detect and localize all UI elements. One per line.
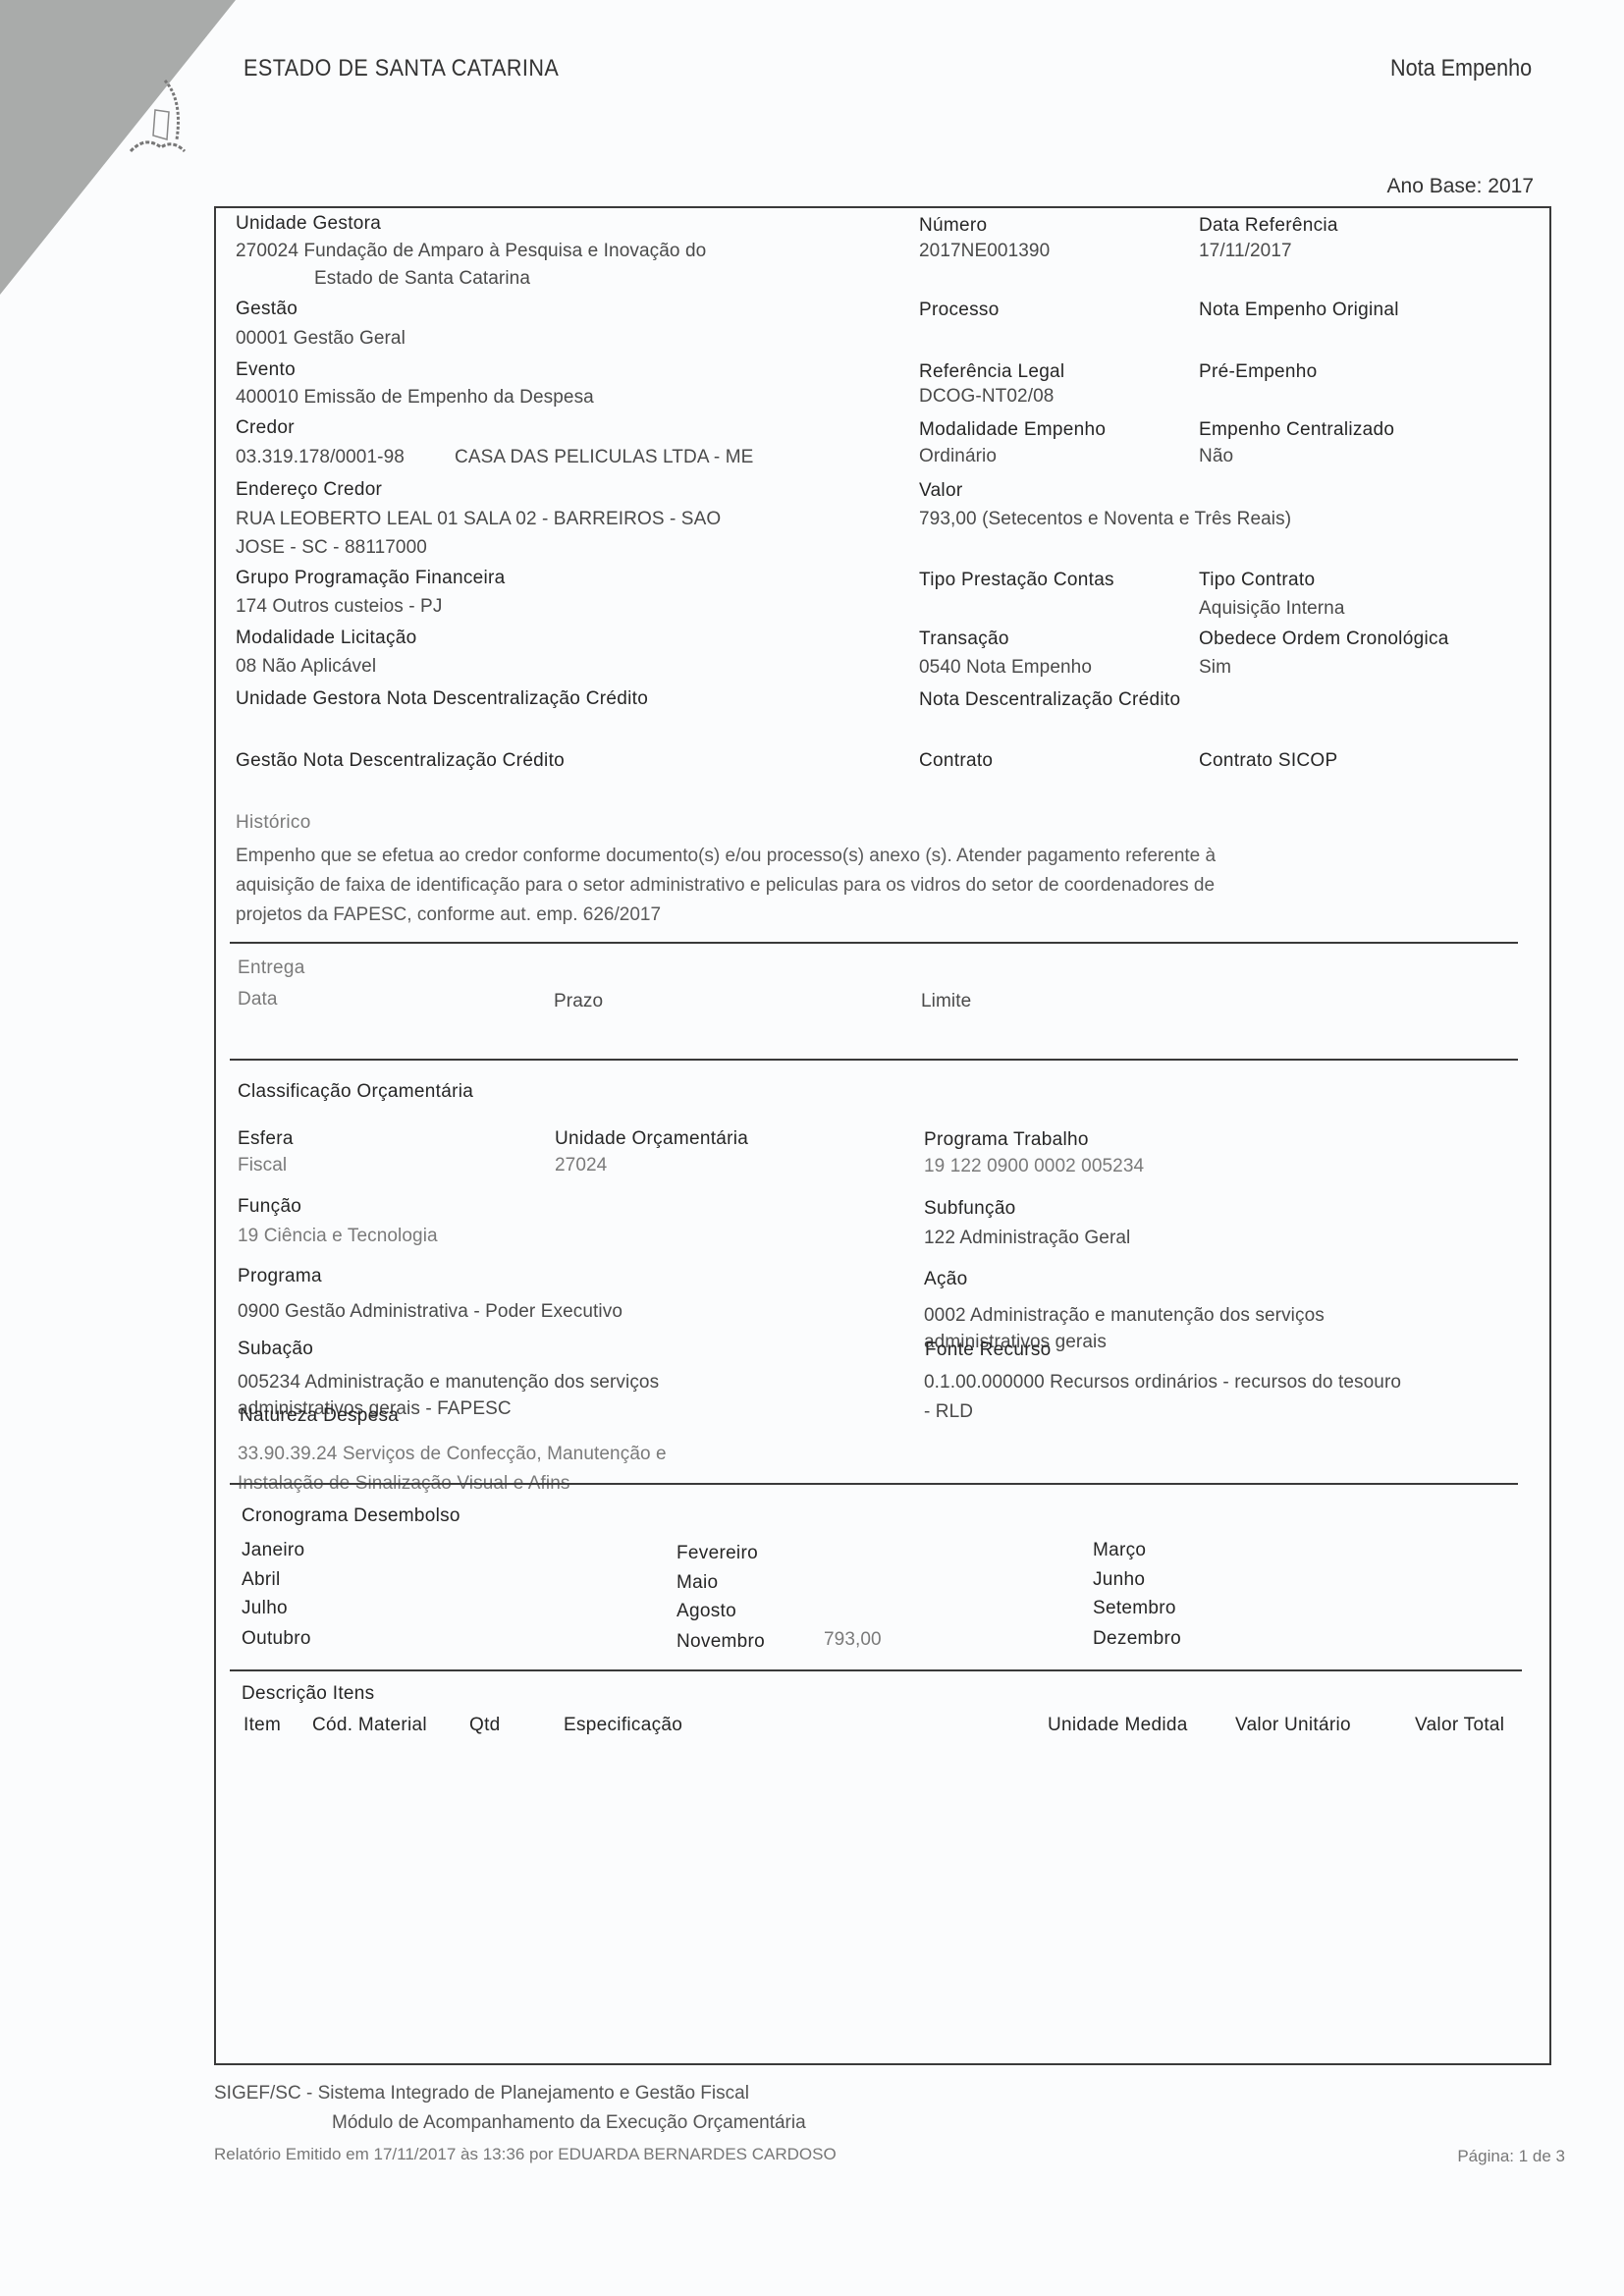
classificacao-title: Classificação Orçamentária xyxy=(238,1081,473,1103)
natureza-despesa-label: Natureza Despesa xyxy=(240,1405,399,1427)
itens-column-header: Item xyxy=(244,1715,281,1736)
historico-label: Histórico xyxy=(236,812,311,834)
state-title: ESTADO DE SANTA CATARINA xyxy=(244,55,559,82)
valor-label: Valor xyxy=(919,480,962,502)
itens-column-header: Valor Unitário xyxy=(1235,1715,1351,1736)
fonte-recurso-value: 0.1.00.000000 Recursos ordinários - recu… xyxy=(924,1372,1401,1394)
divider xyxy=(230,1059,1518,1061)
modalidade-licitacao-value: 08 Não Aplicável xyxy=(236,656,376,678)
cronograma-month-label: Outubro xyxy=(242,1628,311,1650)
referencia-legal-value: DCOG-NT02/08 xyxy=(919,386,1054,408)
cronograma-month-label: Setembro xyxy=(1093,1598,1176,1619)
endereco-credor-value-cont: JOSE - SC - 88117000 xyxy=(236,537,427,559)
credor-label: Credor xyxy=(236,417,295,439)
itens-column-header: Qtd xyxy=(469,1715,501,1736)
itens-column-header: Especificação xyxy=(564,1715,682,1736)
divider xyxy=(230,942,1518,944)
grupo-programacao-value: 174 Outros custeios - PJ xyxy=(236,596,442,618)
empenho-centralizado-value: Não xyxy=(1199,446,1233,467)
transacao-label: Transação xyxy=(919,629,1009,650)
gestao-nota-descentralizacao-label: Gestão Nota Descentralização Crédito xyxy=(236,750,565,772)
cronograma-month-label: Julho xyxy=(242,1598,288,1619)
esfera-value: Fiscal xyxy=(238,1155,287,1176)
data-referencia-label: Data Referência xyxy=(1199,215,1338,237)
unidade-orcamentaria-label: Unidade Orçamentária xyxy=(555,1128,748,1150)
contrato-sicop-label: Contrato SICOP xyxy=(1199,750,1337,772)
document-frame xyxy=(214,206,1551,2065)
gestao-label: Gestão xyxy=(236,299,298,320)
grupo-programacao-label: Grupo Programação Financeira xyxy=(236,568,506,589)
page-fold-shadow xyxy=(0,0,236,295)
ordem-cronologica-value: Sim xyxy=(1199,657,1231,679)
programa-value: 0900 Gestão Administrativa - Poder Execu… xyxy=(238,1301,623,1323)
coat-of-arms-icon xyxy=(126,71,194,159)
credor-name: CASA DAS PELICULAS LTDA - ME xyxy=(455,447,753,468)
endereco-credor-label: Endereço Credor xyxy=(236,479,382,501)
nota-empenho-original-label: Nota Empenho Original xyxy=(1199,300,1399,321)
historico-text-line: projetos da FAPESC, conforme aut. emp. 6… xyxy=(236,904,661,926)
ug-nota-descentralizacao-label: Unidade Gestora Nota Descentralização Cr… xyxy=(236,688,648,710)
programa-trabalho-value: 19 122 0900 0002 005234 xyxy=(924,1156,1144,1177)
cronograma-month-label: Maio xyxy=(677,1572,718,1594)
modalidade-licitacao-label: Modalidade Licitação xyxy=(236,628,417,649)
programa-label: Programa xyxy=(238,1266,322,1287)
contrato-label: Contrato xyxy=(919,750,993,772)
cronograma-month-label: Abril xyxy=(242,1569,281,1591)
credor-cnpj: 03.319.178/0001-98 xyxy=(236,447,405,468)
itens-column-header: Unidade Medida xyxy=(1048,1715,1188,1736)
nota-descentralizacao-label: Nota Descentralização Crédito xyxy=(919,689,1180,711)
unidade-orcamentaria-value: 27024 xyxy=(555,1155,607,1176)
acao-value: 0002 Administração e manutenção dos serv… xyxy=(924,1305,1325,1327)
esfera-label: Esfera xyxy=(238,1128,294,1150)
funcao-label: Função xyxy=(238,1196,301,1218)
footer-emitted: Relatório Emitido em 17/11/2017 às 13:36… xyxy=(214,2145,837,2164)
cronograma-month-label: Dezembro xyxy=(1093,1628,1181,1650)
tipo-contrato-value: Aquisição Interna xyxy=(1199,598,1345,620)
cronograma-month-label: Junho xyxy=(1093,1569,1145,1591)
cronograma-month-label: Janeiro xyxy=(242,1540,304,1561)
tipo-prestacao-contas-label: Tipo Prestação Contas xyxy=(919,570,1114,591)
historico-text-line: aquisição de faixa de identificação para… xyxy=(236,875,1215,897)
document-type: Nota Empenho xyxy=(1390,55,1532,82)
unidade-gestora-value-cont: Estado de Santa Catarina xyxy=(314,268,530,290)
data-referencia-value: 17/11/2017 xyxy=(1199,241,1292,262)
entrega-limite-label: Limite xyxy=(921,991,971,1012)
fonte-recurso-label: Fonte Recurso xyxy=(925,1339,1052,1361)
divider xyxy=(230,1483,1518,1485)
cronograma-month-label: Março xyxy=(1093,1540,1146,1561)
cronograma-month-label: Agosto xyxy=(677,1601,736,1622)
cronograma-month-label: Fevereiro xyxy=(677,1543,758,1564)
subacao-value: 005234 Administração e manutenção dos se… xyxy=(238,1372,659,1394)
empenho-centralizado-label: Empenho Centralizado xyxy=(1199,419,1394,441)
cronograma-month-label: Novembro xyxy=(677,1631,765,1653)
gestao-value: 00001 Gestão Geral xyxy=(236,328,406,350)
footer-module: Módulo de Acompanhamento da Execução Orç… xyxy=(332,2112,806,2134)
programa-trabalho-label: Programa Trabalho xyxy=(924,1129,1089,1151)
transacao-value: 0540 Nota Empenho xyxy=(919,657,1092,679)
cronograma-title: Cronograma Desembolso xyxy=(242,1505,460,1527)
itens-column-header: Cód. Material xyxy=(312,1715,427,1736)
pre-empenho-label: Pré-Empenho xyxy=(1199,361,1318,383)
ordem-cronologica-label: Obedece Ordem Cronológica xyxy=(1199,629,1449,650)
funcao-value: 19 Ciência e Tecnologia xyxy=(238,1226,438,1247)
evento-label: Evento xyxy=(236,359,296,381)
numero-value: 2017NE001390 xyxy=(919,241,1050,262)
fonte-recurso-value-cont: - RLD xyxy=(924,1401,973,1423)
descricao-itens-title: Descrição Itens xyxy=(242,1683,374,1705)
referencia-legal-label: Referência Legal xyxy=(919,361,1064,383)
evento-value: 400010 Emissão de Empenho da Despesa xyxy=(236,387,594,409)
endereco-credor-value: RUA LEOBERTO LEAL 01 SALA 02 - BARREIROS… xyxy=(236,509,721,530)
valor-value: 793,00 (Setecentos e Noventa e Três Reai… xyxy=(919,509,1291,530)
ano-base: Ano Base: 2017 xyxy=(1387,175,1534,198)
divider xyxy=(230,1669,1522,1671)
subfuncao-value: 122 Administração Geral xyxy=(924,1228,1130,1249)
subfuncao-label: Subfunção xyxy=(924,1198,1016,1220)
itens-column-header: Valor Total xyxy=(1415,1715,1504,1736)
modalidade-empenho-label: Modalidade Empenho xyxy=(919,419,1106,441)
natureza-despesa-value: 33.90.39.24 Serviços de Confecção, Manut… xyxy=(238,1444,667,1465)
historico-text-line: Empenho que se efetua ao credor conforme… xyxy=(236,846,1216,867)
unidade-gestora-label: Unidade Gestora xyxy=(236,213,381,235)
footer-system: SIGEF/SC - Sistema Integrado de Planejam… xyxy=(214,2083,749,2105)
processo-label: Processo xyxy=(919,300,1000,321)
cronograma-month-value: 793,00 xyxy=(824,1629,882,1651)
unidade-gestora-value: 270024 Fundação de Amparo à Pesquisa e I… xyxy=(236,241,706,262)
entrega-label: Entrega xyxy=(238,957,305,979)
entrega-data-label: Data xyxy=(238,989,278,1011)
numero-label: Número xyxy=(919,215,987,237)
page-indicator: Página: 1 de 3 xyxy=(1457,2147,1565,2166)
modalidade-empenho-value: Ordinário xyxy=(919,446,997,467)
entrega-prazo-label: Prazo xyxy=(554,991,603,1012)
tipo-contrato-label: Tipo Contrato xyxy=(1199,570,1315,591)
acao-label: Ação xyxy=(924,1269,968,1290)
subacao-label: Subação xyxy=(238,1339,313,1360)
